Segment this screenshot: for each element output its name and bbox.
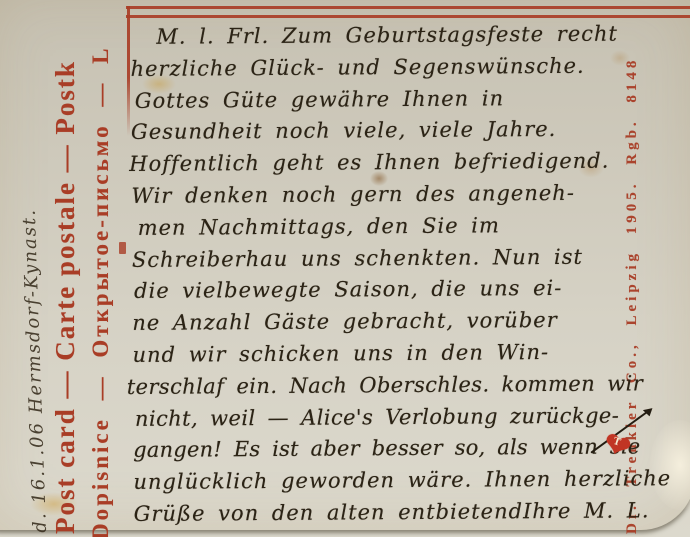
message-closing-line: Grüße von den alten entbietend Ihre M. L… <box>134 495 686 531</box>
message-line: herzliche Glück- und Segenswünsche. <box>130 50 682 86</box>
message-line: Wir denken noch gern des angeneh- <box>131 177 683 213</box>
printed-border-line-bottom <box>126 15 690 18</box>
message-line: Gesundheit noch viele, viele Jahre. <box>131 113 683 149</box>
trenkler-heart-logo-letter: T <box>612 436 622 449</box>
message-closing: Grüße von den alten entbietend <box>134 496 524 531</box>
message-line: und wir schicken uns in den Win- <box>132 336 684 372</box>
printed-divider-line <box>127 6 130 136</box>
printed-registration-mark <box>119 242 126 254</box>
message-line: Gottes Güte gewähre Ihnen in <box>135 82 683 118</box>
postcard-scan: Post card — Carte postale — Postk Dopisn… <box>0 0 690 537</box>
message-line: Hoffentlich geht es Ihnen befriedigend. <box>129 145 683 181</box>
printed-border-line-top <box>126 6 690 9</box>
signature: Ihre M. L. <box>523 495 650 528</box>
message-line: die vielbewegte Saison, die uns ei- <box>134 272 684 308</box>
message-line: terschlaf ein. Nach Oberschles. kommen w… <box>127 368 685 404</box>
printed-title-inner: Dopisnice — Открытое-письмо — L <box>88 46 114 537</box>
printed-title-outer: Post card — Carte postale — Postk <box>50 60 81 534</box>
message-line: Schreiberhau uns schenkten. Nun ist <box>132 241 684 277</box>
message-line: ne Anzahl Gäste gebracht, vorüber <box>132 304 684 340</box>
message-line: unglücklich geworden wäre. Ihnen herzlic… <box>133 463 685 499</box>
message-line: M. l. Frl. Zum Geburtstagsfeste recht <box>156 18 682 53</box>
message-line: men Nachmittags, den Sie im <box>138 209 684 245</box>
